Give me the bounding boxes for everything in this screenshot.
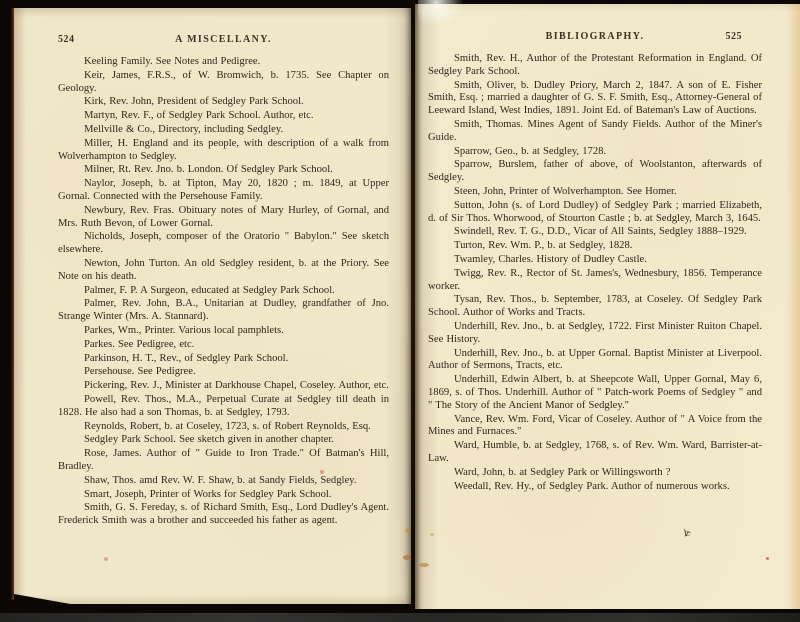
- left-page-number: 524: [58, 34, 75, 45]
- bibliography-entry: Palmer, Rev. John, B.A., Unitarian at Du…: [58, 298, 389, 324]
- gutter-glare: [418, 0, 464, 26]
- left-page-column: 524 A MISCELLANY. Keeling Family. See No…: [58, 34, 389, 529]
- bibliography-entry: Turton, Rev. Wm. P., b. at Sedgley, 1828…: [428, 240, 762, 253]
- bibliography-entry: Sutton, John (s. of Lord Dudley) of Sedg…: [428, 200, 762, 226]
- bibliography-entry: Ward, Humble, b. at Sedgley, 1768, s. of…: [428, 440, 762, 466]
- bibliography-entry: Parkinson, H. T., Rev., of Sedgley Park …: [58, 353, 389, 366]
- bibliography-entry: Pickering, Rev. J., Minister at Darkhous…: [58, 380, 389, 393]
- bibliography-entry: Newbury, Rev. Fras. Obituary notes of Ma…: [58, 205, 389, 231]
- stain: [766, 557, 769, 560]
- bibliography-entry: Keir, James, F.R.S., of W. Bromwich, b. …: [58, 70, 389, 96]
- right-page: BIBLIOGRAPHY. 525 Smith, Rev. H., Author…: [415, 4, 800, 609]
- bibliography-entry: Tysan, Rev. Thos., b. September, 1783, a…: [428, 294, 762, 320]
- bibliography-entry: Parkes, Wm., Printer. Various local pamp…: [58, 325, 389, 338]
- bibliography-entry: Kirk, Rev. John, President of Sedgley Pa…: [58, 96, 389, 109]
- bibliography-entry: Reynolds, Robert, b. at Coseley, 1723, s…: [58, 421, 389, 434]
- bibliography-entry: Underhill, Rev. Jno., b. at Sedgley, 172…: [428, 321, 762, 347]
- bibliography-entry: Parkes. See Pedigree, etc.: [58, 339, 389, 352]
- bibliography-entry: Mellville & Co., Directory, including Se…: [58, 124, 389, 137]
- ink-mark: ʫ̴: [683, 528, 691, 540]
- bibliography-entry: Smith, G. S. Fereday, s. of Richard Smit…: [58, 502, 389, 528]
- bibliography-entry: Ward, John, b. at Sedgley Park or Willin…: [428, 467, 762, 480]
- bibliography-entry: Persehouse. See Pedigree.: [58, 366, 389, 379]
- bibliography-entry: Twamley, Charles. History of Dudley Cast…: [428, 254, 762, 267]
- stain: [430, 533, 434, 536]
- bibliography-entry: Smart, Joseph, Printer of Works for Sedg…: [58, 489, 389, 502]
- bibliography-entry: Naylor, Joseph, b. at Tipton, May 20, 18…: [58, 178, 389, 204]
- book-scan: 524 A MISCELLANY. Keeling Family. See No…: [0, 0, 800, 622]
- right-page-column: BIBLIOGRAPHY. 525 Smith, Rev. H., Author…: [428, 31, 762, 494]
- stain: [405, 528, 410, 533]
- left-entries: Keeling Family. See Notes and Pedigree.K…: [58, 56, 389, 528]
- right-page-header: BIBLIOGRAPHY. 525: [428, 31, 762, 44]
- bibliography-entry: Sparrow, Geo., b. at Sedgley, 1728.: [428, 146, 762, 159]
- bibliography-entry: Weedall, Rev. Hy., of Sedgley Park. Auth…: [428, 481, 762, 494]
- stain: [419, 563, 429, 567]
- bibliography-entry: Smith, Rev. H., Author of the Protestant…: [428, 53, 762, 79]
- bibliography-entry: Powell, Rev. Thos., M.A., Perpetual Cura…: [58, 394, 389, 420]
- left-running-head: A MISCELLANY.: [58, 34, 389, 45]
- bibliography-entry: Newton, John Turton. An old Sedgley resi…: [58, 258, 389, 284]
- bibliography-entry: Underhill, Rev. Jno., b. at Upper Gornal…: [428, 348, 762, 374]
- stain: [104, 557, 108, 561]
- bibliography-entry: Vance, Rev. Wm. Ford, Vicar of Coseley. …: [428, 414, 762, 440]
- bibliography-entry: Smith, Oliver, b. Dudley Priory, March 2…: [428, 80, 762, 118]
- bibliography-entry: Rose, James. Author of " Guide to Iron T…: [58, 448, 389, 474]
- bibliography-entry: Keeling Family. See Notes and Pedigree.: [58, 56, 389, 69]
- bibliography-entry: Sedgley Park School. See sketch given in…: [58, 434, 389, 447]
- bibliography-entry: Steen, John, Printer of Wolverhampton. S…: [428, 186, 762, 199]
- right-page-number: 525: [726, 31, 743, 42]
- bibliography-entry: Underhill, Edwin Albert, b. at Sheepcote…: [428, 374, 762, 412]
- bibliography-entry: Milner, Rt. Rev. Jno. b. London. Of Sedg…: [58, 164, 389, 177]
- bibliography-entry: Palmer, F. P. A Surgeon, educated at Sed…: [58, 285, 389, 298]
- book-gutter-crease: [411, 0, 415, 609]
- bibliography-entry: Twigg, Rev. R., Rector of St. James's, W…: [428, 268, 762, 294]
- right-running-head: BIBLIOGRAPHY.: [428, 31, 762, 42]
- bibliography-entry: Swindell, Rev. T. G., D.D., Vicar of All…: [428, 226, 762, 239]
- book-bottom-edge: [0, 613, 800, 622]
- bibliography-entry: Nicholds, Joseph, composer of the Orator…: [58, 231, 389, 257]
- right-entries: Smith, Rev. H., Author of the Protestant…: [428, 53, 762, 493]
- stain: [403, 555, 411, 560]
- bibliography-entry: Smith, Thomas. Mines Agent of Sandy Fiel…: [428, 119, 762, 145]
- left-page-header: 524 A MISCELLANY.: [58, 34, 389, 47]
- left-page: 524 A MISCELLANY. Keeling Family. See No…: [14, 8, 413, 604]
- bibliography-entry: Miller, H. England and its people, with …: [58, 138, 389, 164]
- stain: [320, 470, 324, 474]
- bibliography-entry: Sparrow, Burslem, father of above, of Wo…: [428, 159, 762, 185]
- bibliography-entry: Martyn, Rev. F., of Sedgley Park School.…: [58, 110, 389, 123]
- bibliography-entry: Shaw, Thos. amd Rev. W. F. Shaw, b. at S…: [58, 475, 389, 488]
